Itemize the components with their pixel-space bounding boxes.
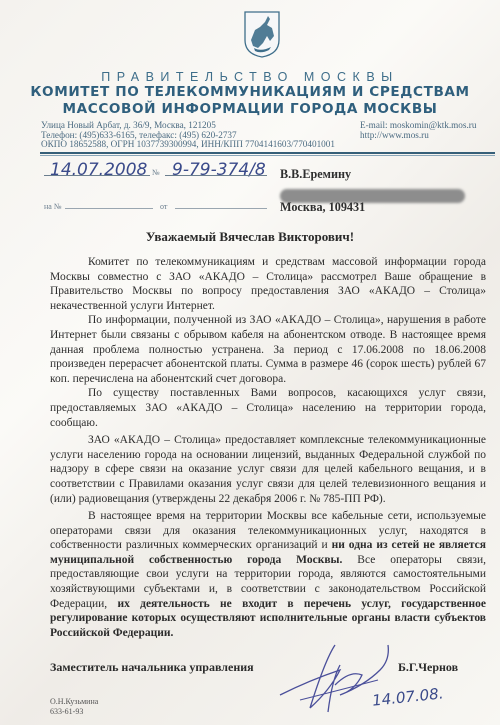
- header-rule-thin: [40, 155, 495, 156]
- handwritten-signature-icon: [270, 640, 430, 720]
- paragraph-3: По существу поставленных Вами вопросов, …: [50, 386, 486, 430]
- contact-block-right: E-mail: moskomin@ktk.mos.ru http://www.m…: [360, 121, 476, 140]
- contact-block: Улица Новый Арбат, д. 36/9, Москва, 1212…: [41, 121, 335, 150]
- ref-from-label: от: [160, 202, 167, 211]
- executor-name: О.Н.Кузьмина: [50, 697, 98, 707]
- committee-line-1: КОМИТЕТ ПО ТЕЛЕКОММУНИКАЦИЯМ И СРЕДСТВАМ: [0, 84, 500, 101]
- committee-line-2: МАССОВОЙ ИНФОРМАЦИИ ГОРОДА МОСКВЫ: [0, 101, 500, 118]
- paragraph-2: По информации, полученной из ЗАО «АКАДО …: [50, 313, 486, 386]
- outgoing-number: 9-79-374/8: [172, 160, 266, 180]
- paragraph-1: Комитет по телекоммуникациям и средствам…: [50, 255, 486, 313]
- ref-number-label: на №: [44, 202, 61, 211]
- website: http://www.mos.ru: [360, 131, 476, 141]
- paragraph-5: В настоящее время на территории Москвы в…: [50, 509, 486, 640]
- registry-codes: ОКПО 18652588, ОГРН 1037739300994, ИНН/К…: [41, 140, 335, 150]
- header-rule: [40, 152, 495, 154]
- signer-name: Б.Г.Чернов: [398, 660, 458, 675]
- ref-number-line: [65, 208, 153, 209]
- committee-heading: КОМИТЕТ ПО ТЕЛЕКОММУНИКАЦИЯМ И СРЕДСТВАМ…: [0, 84, 500, 118]
- executor-phone: 633-61-93: [50, 707, 98, 717]
- number-line: [165, 175, 267, 176]
- moscow-coat-of-arms-icon: [243, 10, 281, 58]
- letter-body: Комитет по телекоммуникациям и средствам…: [50, 255, 486, 640]
- recipient-name: В.В.Еремину: [280, 167, 351, 182]
- executor-block: О.Н.Кузьмина 633-61-93: [50, 697, 98, 717]
- paragraph-4: ЗАО «АКАДО – Столица» предоставляет комп…: [50, 433, 486, 506]
- date-line: [44, 175, 150, 176]
- ref-from-line: [175, 208, 267, 209]
- recipient-city: Москва, 109431: [280, 200, 365, 215]
- outgoing-date: 14.07.2008: [50, 160, 147, 180]
- greeting: Уважаемый Вячеслав Викторович!: [0, 229, 500, 245]
- signer-position: Заместитель начальника управления: [50, 660, 254, 675]
- number-label: №: [152, 168, 160, 177]
- government-heading: ПРАВИТЕЛЬСТВО МОСКВЫ: [0, 70, 500, 84]
